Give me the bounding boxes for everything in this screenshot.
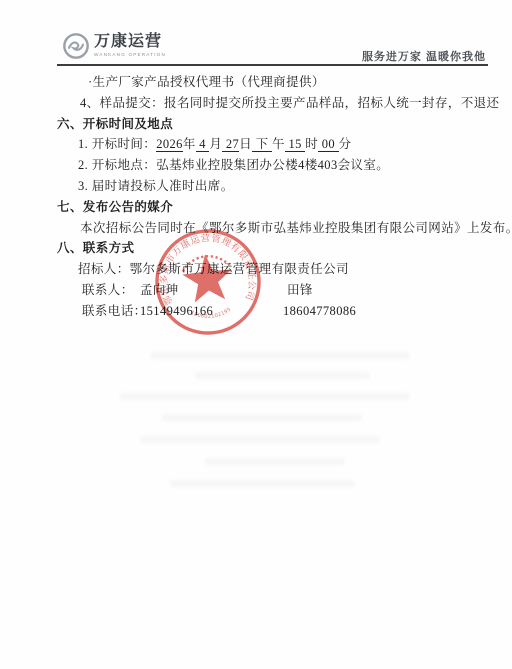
section-8-title: 八、联系方式 [57, 238, 492, 259]
contact-person-row: 联系人：孟向珅田锋 [57, 280, 492, 301]
contact-name-2: 田锋 [287, 283, 313, 297]
bleedthrough-artifact [205, 458, 345, 465]
day-unit: 日 [239, 137, 252, 151]
bleedthrough-artifact [150, 352, 410, 359]
hour-blank: 15 [285, 137, 305, 152]
bullet-text: 生产厂家产品授权代理书（代理商提供） [93, 75, 325, 89]
bleedthrough-artifact [170, 480, 355, 487]
page-header: 万康运营 WANKANG OPERATION 服务进万家 温暖你我他 [57, 26, 488, 66]
logo-subtitle: WANKANG OPERATION [94, 53, 166, 58]
header-divider [57, 64, 488, 66]
swirl-globe-icon [62, 32, 90, 60]
ampm-blank: 下 [252, 137, 272, 152]
item-4-sample-submission: 4、样品提交：报名同时提交所投主要产品样品，招标人统一封存，不退还 [57, 93, 492, 114]
phone-label: 联系电话： [82, 301, 140, 322]
hour-unit: 时 [305, 137, 318, 151]
phone-number-2: 18604778086 [283, 304, 356, 318]
bleedthrough-artifact [120, 393, 410, 400]
noon-unit: 午 [272, 137, 285, 151]
phone-number-1: 15149496166 [140, 301, 283, 322]
bid-opening-time-line: 1. 开标时间：2026年 4 月 27日 下 午 15 时 00 分 [57, 134, 492, 155]
contact-label: 联系人： [82, 280, 140, 301]
month-blank: 4 [196, 137, 210, 152]
contact-name-1: 孟向珅 [140, 280, 287, 301]
company-logo: 万康运营 WANKANG OPERATION [62, 32, 166, 60]
minute-blank: 00 [318, 137, 338, 152]
section-7-title: 七、发布公告的媒介 [57, 197, 492, 218]
document-body: ·生产厂家产品授权代理书（代理商提供） 4、样品提交：报名同时提交所投主要产品样… [57, 72, 492, 322]
section-6-title: 六、开标时间及地点 [57, 114, 492, 135]
bullet-line: ·生产厂家产品授权代理书（代理商提供） [57, 72, 492, 93]
attendance-line: 3. 届时请投标人准时出席。 [57, 176, 492, 197]
year-unit: 年 [183, 137, 196, 151]
tenderer-row: 招标人：鄂尔多斯市万康运营管理有限责任公司 [57, 259, 492, 280]
contact-phone-row: 联系电话：1514949616618604778086 [57, 301, 492, 322]
minute-unit: 分 [339, 137, 352, 151]
logo-wordmark: 万康运营 [94, 34, 166, 50]
bleedthrough-artifact [195, 372, 370, 379]
year-blank: 2026 [156, 137, 183, 152]
tenderer-name: 鄂尔多斯市万康运营管理有限责任公司 [130, 262, 349, 276]
scanned-tender-document-page: { "header": { "logo": { "name": "万康运营", … [0, 0, 512, 669]
company-slogan: 服务进万家 温暖你我他 [362, 48, 486, 64]
announcement-media-paragraph: 本次招标公告同时在《鄂尔多斯市弘基炜业控股集团有限公司网站》上发布。 [57, 218, 492, 239]
bid-opening-location-line: 2. 开标地点：弘基炜业控股集团办公楼4楼403会议室。 [57, 155, 492, 176]
tenderer-label: 招标人： [78, 262, 130, 276]
bleedthrough-artifact [162, 414, 362, 421]
month-unit: 月 [209, 137, 222, 151]
time-prefix: 1. 开标时间： [78, 137, 156, 151]
day-blank: 27 [222, 137, 239, 152]
bleedthrough-artifact [140, 436, 380, 443]
